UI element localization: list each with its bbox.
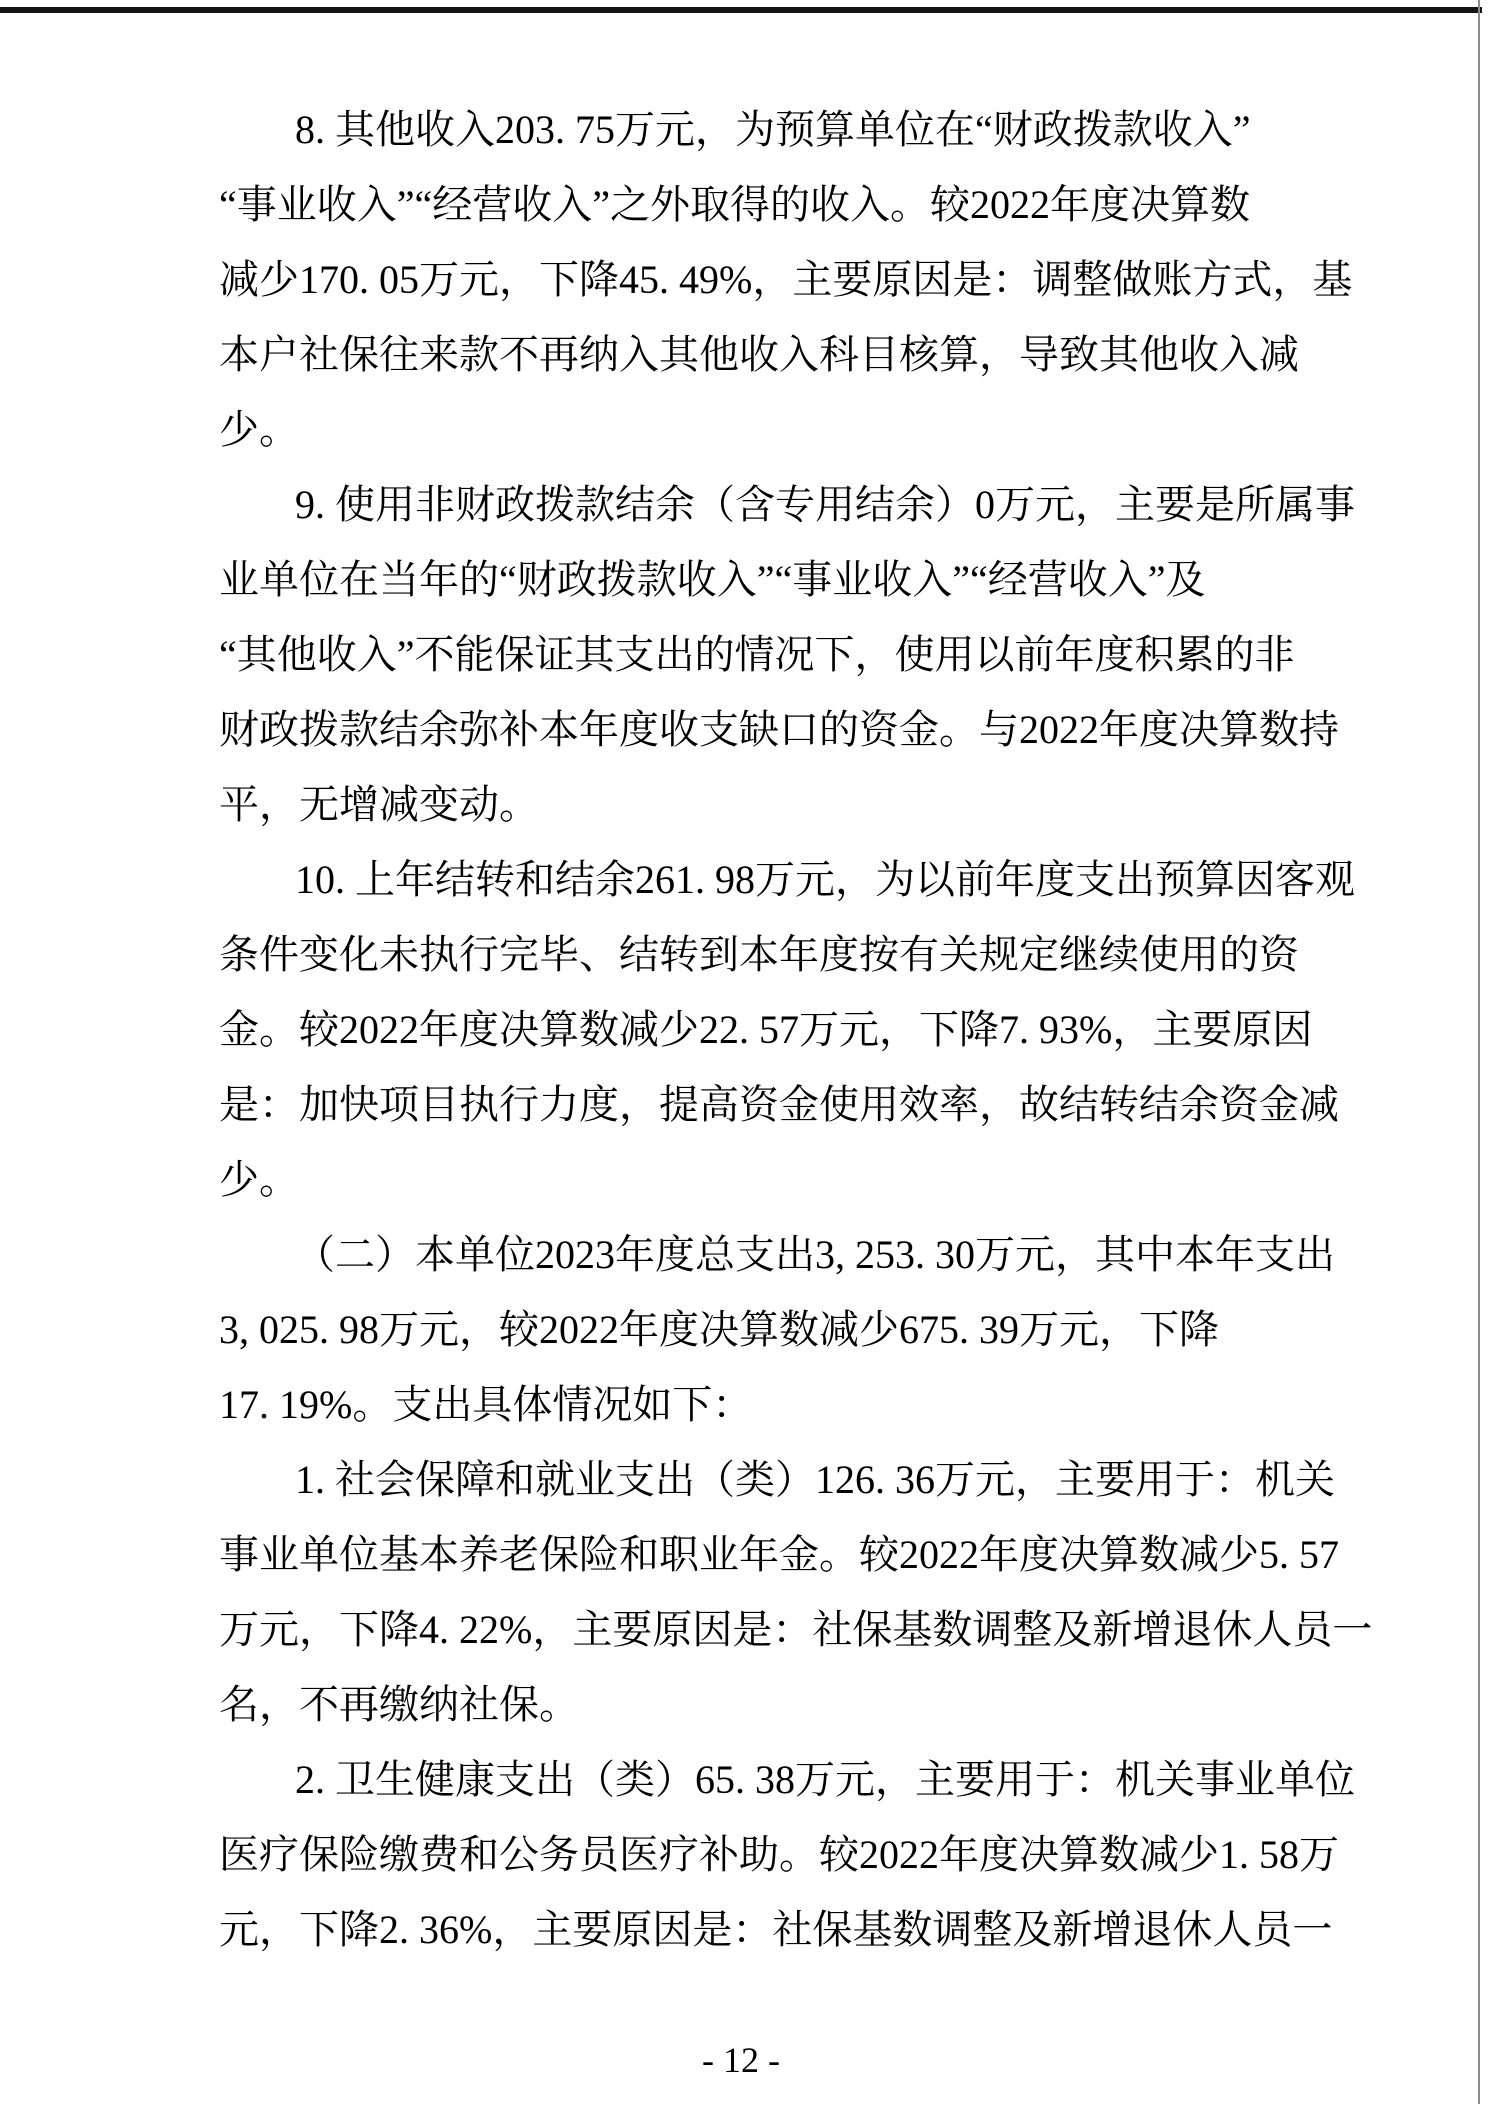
text-line-14: 是：加快项目执行力度，提高资金使用效率，故结转结余资金减 xyxy=(219,1067,1409,1142)
document-page: 8. 其他收入203. 75万元，为预算单位在“财政拨款收入”“事业收入”“经营… xyxy=(0,0,1488,2104)
text-line-20: 事业单位基本养老保险和职业年金。较2022年度决算数减少5. 57 xyxy=(219,1517,1409,1592)
text-line-24: 医疗保险缴费和公务员医疗补助。较2022年度决算数减少1. 58万 xyxy=(219,1817,1409,1892)
text-line-3: 减少170. 05万元，下降45. 49%，主要原因是：调整做账方式，基 xyxy=(219,242,1409,317)
text-line-22: 名，不再缴纳社保。 xyxy=(219,1667,1409,1742)
text-line-16: （二）本单位2023年度总支出3, 253. 30万元，其中本年支出 xyxy=(219,1217,1409,1292)
text-line-13: 金。较2022年度决算数减少22. 57万元，下降7. 93%，主要原因 xyxy=(219,992,1409,1067)
text-line-19: 1. 社会保障和就业支出（类）126. 36万元，主要用于：机关 xyxy=(219,1442,1409,1517)
text-line-7: 业单位在当年的“财政拨款收入”“事业收入”“经营收入”及 xyxy=(219,542,1409,617)
text-line-17: 3, 025. 98万元，较2022年度决算数减少675. 39万元，下降 xyxy=(219,1292,1409,1367)
text-line-12: 条件变化未执行完毕、结转到本年度按有关规定继续使用的资 xyxy=(219,917,1409,992)
scan-top-border xyxy=(0,7,1482,13)
document-body: 8. 其他收入203. 75万元，为预算单位在“财政拨款收入”“事业收入”“经营… xyxy=(219,92,1409,1967)
text-line-11: 10. 上年结转和结余261. 98万元，为以前年度支出预算因客观 xyxy=(219,842,1409,917)
text-line-23: 2. 卫生健康支出（类）65. 38万元，主要用于：机关事业单位 xyxy=(219,1742,1409,1817)
text-line-6: 9. 使用非财政拨款结余（含专用结余）0万元，主要是所属事 xyxy=(219,467,1409,542)
text-line-18: 17. 19%。支出具体情况如下： xyxy=(219,1367,1409,1442)
text-line-4: 本户社保往来款不再纳入其他收入科目核算，导致其他收入减 xyxy=(219,317,1409,392)
page-number: - 12 - xyxy=(0,2038,1482,2082)
text-line-21: 万元，下降4. 22%，主要原因是：社保基数调整及新增退休人员一 xyxy=(219,1592,1409,1667)
text-line-9: 财政拨款结余弥补本年度收支缺口的资金。与2022年度决算数持 xyxy=(219,692,1409,767)
scan-right-border xyxy=(1478,0,1480,2104)
text-line-25: 元，下降2. 36%，主要原因是：社保基数调整及新增退休人员一 xyxy=(219,1892,1409,1967)
text-line-5: 少。 xyxy=(219,392,1409,467)
text-line-10: 平，无增减变动。 xyxy=(219,767,1409,842)
text-line-15: 少。 xyxy=(219,1142,1409,1217)
text-line-2: “事业收入”“经营收入”之外取得的收入。较2022年度决算数 xyxy=(219,167,1409,242)
text-line-1: 8. 其他收入203. 75万元，为预算单位在“财政拨款收入” xyxy=(219,92,1409,167)
text-line-8: “其他收入”不能保证其支出的情况下，使用以前年度积累的非 xyxy=(219,617,1409,692)
